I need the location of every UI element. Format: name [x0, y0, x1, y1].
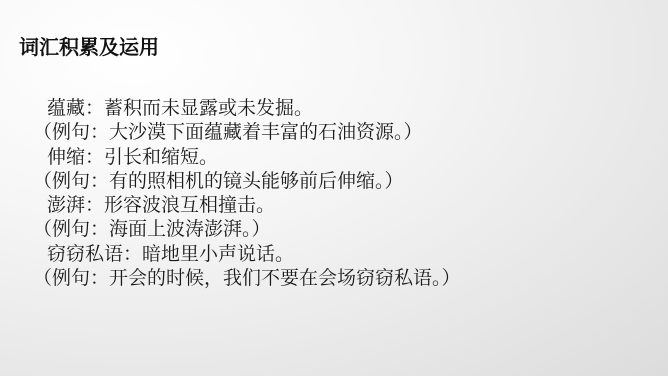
example-sentence-qieqiesiyu: （例句：开会的时候，我们不要在会场窃窃私语。） [33, 266, 461, 290]
example-sentence-yuncang: （例句：大沙漠下面蕴藏着丰富的石油资源。） [33, 120, 461, 144]
example-sentence-shensuo: （例句：有的照相机的镜头能够前后伸缩。） [33, 169, 461, 193]
term-definition-qieqiesiyu: 窃窃私语：暗地里小声说话。 [47, 242, 461, 266]
term-definition-shensuo: 伸缩：引长和缩短。 [47, 145, 461, 169]
slide-title: 词汇积累及运用 [19, 31, 159, 60]
term-definition-pengpai: 澎湃：形容波浪互相撞击。 [47, 193, 461, 217]
term-definition-yuncang: 蕴藏：蓄积而未显露或未发掘。 [47, 96, 461, 120]
vocabulary-list: 蕴藏：蓄积而未显露或未发掘。 （例句：大沙漠下面蕴藏着丰富的石油资源。） 伸缩：… [47, 96, 461, 290]
example-sentence-pengpai: （例句：海面上波涛澎湃。） [33, 217, 461, 241]
